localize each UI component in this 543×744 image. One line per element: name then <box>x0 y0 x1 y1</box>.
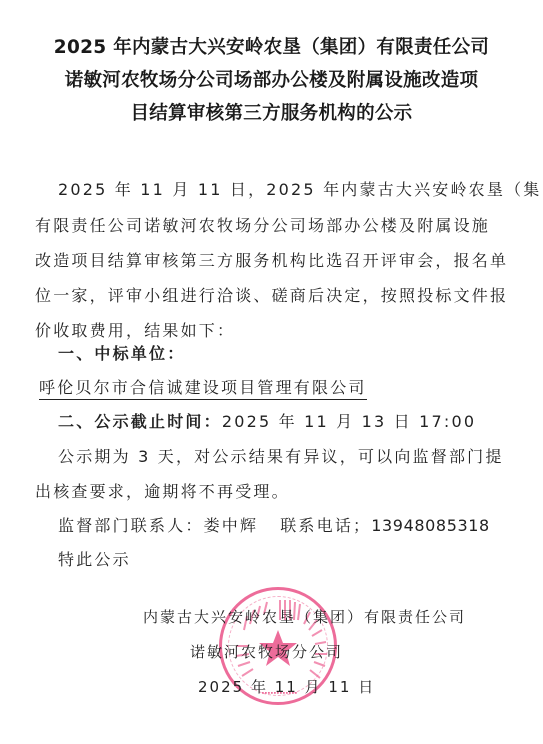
notice-line-1: 公示期为 3 天，对公示结果有异议，可以向监督部门提 <box>58 444 504 467</box>
title-line-3: 目结算审核第三方服务机构的公示 <box>0 99 543 125</box>
signature-branch: 诺敏河农牧场分公司 <box>190 641 343 662</box>
deadline-value: 2025 年 11 月 13 日 17:00 <box>222 412 476 431</box>
winner-company-name: 呼伦贝尔市合信诚建设项目管理有限公司 <box>39 378 367 400</box>
notice-line-2: 出核查要求，逾期将不再受理。 <box>35 479 290 502</box>
contact-person-label: 监督部门联系人： <box>58 516 204 535</box>
closing-text: 特此公示 <box>58 547 131 570</box>
intro-line-5: 价收取费用，结果如下： <box>35 318 235 341</box>
section-2-heading: 二、公示截止时间： <box>58 412 222 431</box>
document-page: 2025 年内蒙古大兴安岭农垦（集团）有限责任公司 诺敏河农牧场分公司场部办公楼… <box>0 0 543 744</box>
contact-line: 监督部门联系人：娄中辉联系电话；13948085318 <box>58 513 490 536</box>
intro-line-2: 有限责任公司诺敏河农牧场分公司场部办公楼及附属设施 <box>35 213 490 236</box>
intro-line-1: 2025 年 11 月 11 日，2025 年内蒙古大兴安岭农垦（集团） <box>58 177 543 200</box>
title-line-1: 2025 年内蒙古大兴安岭农垦（集团）有限责任公司 <box>0 33 543 59</box>
signature-date: 2025 年 11 月 11 日 <box>198 676 375 697</box>
contact-phone-label: 联系电话； <box>280 516 371 535</box>
signature-org: 内蒙古大兴安岭农垦（集团）有限责任公司 <box>143 606 466 627</box>
title-line-2: 诺敏河农牧场分公司场部办公楼及附属设施改造项 <box>0 66 543 92</box>
intro-line-3: 改造项目结算审核第三方服务机构比选召开评审会，报名单 <box>35 248 508 271</box>
winner-company: 呼伦贝尔市合信诚建设项目管理有限公司 <box>39 375 367 398</box>
contact-phone: 13948085318 <box>371 516 490 535</box>
intro-line-4: 位一家，评审小组进行洽谈、磋商后决定，按照投标文件报 <box>35 283 508 306</box>
section-2: 二、公示截止时间：2025 年 11 月 13 日 17:00 <box>58 409 476 432</box>
section-1-heading: 一、中标单位： <box>58 341 185 364</box>
contact-person: 娄中辉 <box>204 516 259 535</box>
